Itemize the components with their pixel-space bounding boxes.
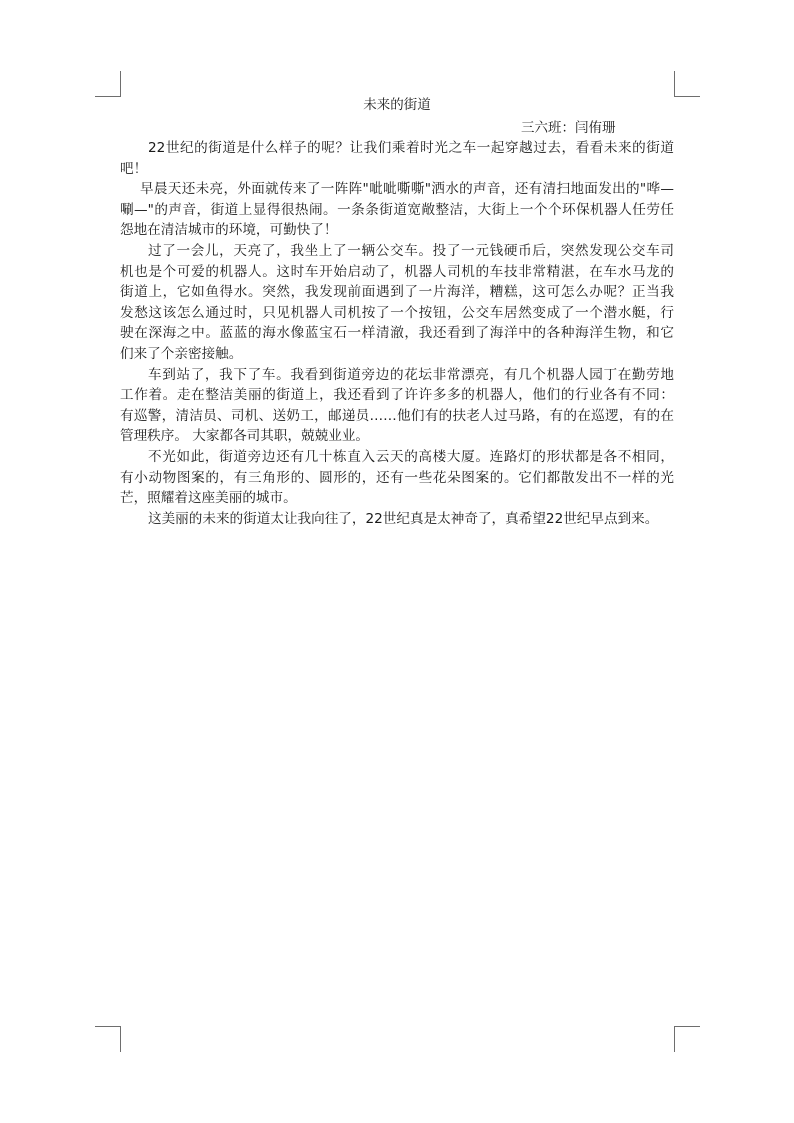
paragraph-1: 22世纪的街道是什么样子的呢？让我们乘着时光之车一起穿越过去，看看未来的街道 吧… bbox=[120, 138, 674, 179]
paragraph-5: 不光如此，街道旁边还有几十栋直入云天的高楼大厦。连路灯的形状都是各不相同， 有小… bbox=[120, 447, 674, 509]
text-line: 驶在深海之中。蓝蓝的海水像蓝宝石一样清澈，我还看到了海洋中的各种海洋生物，和它 bbox=[120, 323, 674, 344]
crop-mark-top-right bbox=[674, 71, 700, 97]
text-line: 车到站了，我下了车。我看到街道旁边的花坛非常漂亮，有几个机器人园丁在勤劳地 bbox=[120, 365, 674, 386]
text-line: 工作着。走在整洁美丽的街道上，我还看到了许许多多的机器人，他们的行业各有不同： bbox=[120, 385, 674, 406]
essay-body: 22世纪的街道是什么样子的呢？让我们乘着时光之车一起穿越过去，看看未来的街道 吧… bbox=[120, 138, 674, 529]
text-line: 芒，照耀着这座美丽的城市。 bbox=[120, 488, 674, 509]
crop-mark-bottom-right bbox=[674, 1026, 700, 1052]
text-line: 有巡警，清洁员、司机、送奶工，邮递员……他们有的扶老人过马路，有的在巡逻，有的在 bbox=[120, 406, 674, 427]
text-line: 这美丽的未来的街道太让我向往了，22世纪真是太神奇了，真希望22世纪早点到来。 bbox=[120, 509, 674, 530]
paragraph-6: 这美丽的未来的街道太让我向往了，22世纪真是太神奇了，真希望22世纪早点到来。 bbox=[120, 509, 674, 530]
crop-mark-top-left bbox=[95, 71, 121, 97]
text-line: 有小动物图案的，有三角形的、圆形的，还有一些花朵图案的。它们都散发出不一样的光 bbox=[120, 468, 674, 489]
text-line: 街道上，它如鱼得水。突然，我发现前面遇到了一片海洋，糟糕，这可怎么办呢？正当我 bbox=[120, 282, 674, 303]
paragraph-3: 过了一会儿，天亮了，我坐上了一辆公交车。投了一元钱硬币后，突然发现公交车司 机也… bbox=[120, 241, 674, 365]
crop-mark-bottom-left bbox=[95, 1026, 121, 1052]
text-line: 早晨天还未亮，外面就传来了一阵阵"呲呲嘶嘶"洒水的声音，还有清扫地面发出的"哗— bbox=[120, 179, 674, 200]
text-line: 机也是个可爱的机器人。这时车开始启动了，机器人司机的车技非常精湛，在车水马龙的 bbox=[120, 262, 674, 283]
text-line: 不光如此，街道旁边还有几十栋直入云天的高楼大厦。连路灯的形状都是各不相同， bbox=[120, 447, 674, 468]
text-line: 发愁这该怎么通过时，只见机器人司机按了一个按钮，公交车居然变成了一个潜水艇，行 bbox=[120, 303, 674, 324]
text-line: 管理秩序。 大家都各司其职，兢兢业业。 bbox=[120, 426, 674, 447]
page-title: 未来的街道 bbox=[0, 96, 794, 114]
text-line: 22世纪的街道是什么样子的呢？让我们乘着时光之车一起穿越过去，看看未来的街道 bbox=[120, 138, 674, 159]
text-line: 过了一会儿，天亮了，我坐上了一辆公交车。投了一元钱硬币后，突然发现公交车司 bbox=[120, 241, 674, 262]
author-line: 三六班：闫侑珊 bbox=[521, 119, 616, 137]
text-line: 唰—"的声音，街道上显得很热闹。一条条街道宽敞整洁，大街上一个个环保机器人任劳任 bbox=[120, 200, 674, 221]
paragraph-2: 早晨天还未亮，外面就传来了一阵阵"呲呲嘶嘶"洒水的声音，还有清扫地面发出的"哗—… bbox=[120, 179, 674, 241]
text-line: 吧！ bbox=[120, 159, 674, 180]
paragraph-4: 车到站了，我下了车。我看到街道旁边的花坛非常漂亮，有几个机器人园丁在勤劳地 工作… bbox=[120, 365, 674, 447]
text-line: 怨地在清洁城市的环境，可勤快了！ bbox=[120, 220, 674, 241]
text-line: 们来了个亲密接触。 bbox=[120, 344, 674, 365]
